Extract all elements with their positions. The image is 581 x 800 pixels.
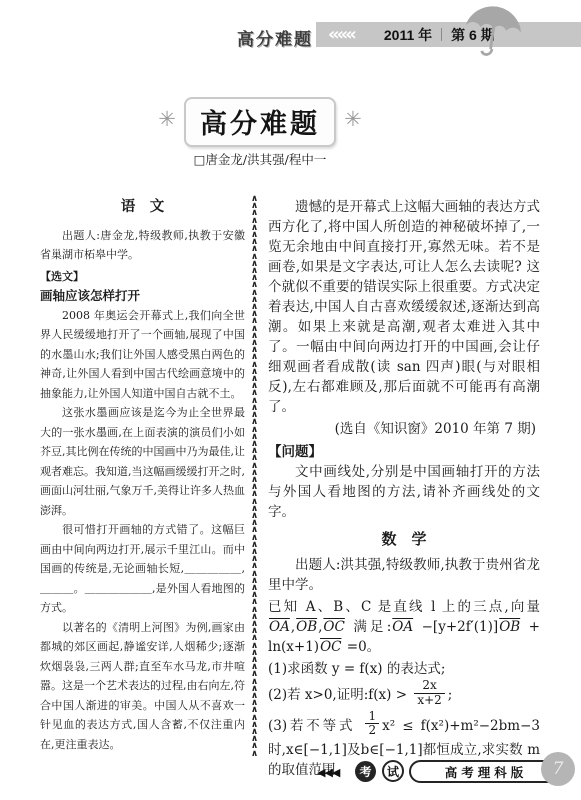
vector-oa: OA bbox=[268, 619, 291, 635]
essay-paragraph-2: 这张水墨画应该是迄今为止全世界最大的一张水墨画,在上面表演的演员们小如芥豆,其比… bbox=[40, 403, 245, 520]
fraction: 2xx+2 bbox=[414, 679, 444, 708]
page-footer: ◀◀◀ 考 试 高考理科版 7 bbox=[0, 757, 581, 799]
vector-oa: OA bbox=[391, 619, 414, 635]
math-ln-term: ln(x+1) bbox=[268, 639, 319, 655]
question-text: 文中画线处,分别是中国画轴打开的方法与外国人看地图的方法,请补齐画线处的文字。 bbox=[268, 462, 540, 522]
section-heading-chinese: 语 文 bbox=[40, 197, 245, 217]
footer-circle-kao: 考 bbox=[355, 761, 376, 782]
header-year: 2011 年 bbox=[384, 25, 432, 45]
column-divider: ∧ ∧ ∧ ∧ ∧ ∧ ∧ ∧ ∧ ∧ ∧ ∧ ∧ ∧ ∧ ∧ ∧ ∧ ∧ ∧ … bbox=[246, 196, 263, 758]
footer-arrows-icon: ◀◀◀ bbox=[317, 766, 339, 779]
math-q2-text: (2)若 x>0,证明:f(x) > bbox=[268, 687, 411, 703]
math-plus: + bbox=[521, 619, 540, 635]
math-q2-end: ; bbox=[448, 687, 453, 703]
vector-oc: OC bbox=[319, 639, 342, 655]
source-citation: (选自《知识窗》2010 年第 7 期) bbox=[268, 419, 540, 439]
essay-paragraph-1: 2008 年奥运会开幕式上,我们向全世界人民缓缓地打开了一个画轴,展现了中国的水… bbox=[40, 306, 245, 404]
edition-label: 高考理科版 bbox=[409, 760, 563, 783]
math-equals-zero: =0。 bbox=[342, 639, 380, 655]
math-expression: −[y+2f′(1)] bbox=[414, 619, 498, 635]
examiner-intro-chinese: 出题人:唐金龙,特级教师,执教于安徽省巢湖市柘皋中学。 bbox=[40, 226, 245, 265]
math-question-1: (1)求函数 y = f(x) 的表达式; bbox=[268, 659, 540, 679]
fraction-numerator: 1 bbox=[365, 710, 379, 725]
title-badge: 高分难题 bbox=[184, 97, 336, 147]
page-number: 7 bbox=[541, 752, 575, 786]
examiner-intro-math: 出题人:洪其强,特级教师,执教于贵州省龙里中学。 bbox=[268, 555, 540, 595]
left-column: 语 文 出题人:唐金龙,特级教师,执教于安徽省巢湖市柘皋中学。 【选文】 画轴应… bbox=[40, 197, 245, 754]
math-q3-text: (3)若不等式 bbox=[268, 717, 362, 733]
header-logo: 高分难题 bbox=[237, 25, 313, 50]
essay-paragraph-5: 遗憾的是开幕式上这幅大画轴的表达方式西方化了,将中国人所创造的神秘破坏掉了,一览… bbox=[268, 197, 540, 417]
question-tag: 【问题】 bbox=[268, 442, 540, 462]
chevrons-left-icon: ««« bbox=[328, 24, 354, 45]
footer-circle-shi: 试 bbox=[382, 760, 404, 782]
fraction-denominator: x+2 bbox=[414, 694, 444, 708]
burst-right-icon: ✳ bbox=[344, 107, 362, 131]
essay-title: 画轴应该怎样打开 bbox=[40, 286, 245, 306]
math-satisfy-text: 满足: bbox=[346, 619, 391, 635]
authors-line: □唐金龙/洪其强/程中一 bbox=[0, 150, 520, 168]
essay-paragraph-4: 以著名的《清明上河图》为例,画家由都城的郊区画起,静谧安详,人烟稀少;逐渐炊烟袅… bbox=[40, 618, 245, 755]
burst-left-icon: ✳ bbox=[158, 107, 176, 131]
math-problem-statement: 已知 A、B、C 是直线 l 上的三点,向量OA,OB,OC 满足:OA −[y… bbox=[268, 597, 540, 657]
umbrella-icon bbox=[456, 0, 530, 68]
vector-oc: OC bbox=[322, 619, 345, 635]
math-intro-text: 已知 A、B、C 是直线 l 上的三点,向量 bbox=[268, 599, 540, 615]
fraction-numerator: 2x bbox=[414, 679, 444, 694]
header-bar: ««« 2011 年 第 6 期 bbox=[316, 22, 581, 47]
vector-ob: OB bbox=[498, 619, 521, 635]
header-separator bbox=[441, 28, 442, 41]
essay-paragraph-3: 很可惜打开画轴的方式错了。这幅巨画由中间向两边打开,展示千里江山。而中国画的传统… bbox=[40, 520, 245, 618]
right-column: 遗憾的是开幕式上这幅大画轴的表达方式西方化了,将中国人所创造的神秘破坏掉了,一览… bbox=[268, 197, 540, 782]
section-heading-math: 数 学 bbox=[268, 529, 540, 549]
title-block: ✳ 高分难题 ✳ bbox=[0, 97, 520, 147]
vector-ob: OB bbox=[295, 619, 318, 635]
fraction: 12 bbox=[365, 710, 379, 739]
magazine-page: 高分难题 ««« 2011 年 第 6 期 ✳ 高分难题 ✳ □唐金龙/洪其强/… bbox=[0, 0, 581, 800]
fraction-denominator: 2 bbox=[365, 724, 379, 738]
math-question-2: (2)若 x>0,证明:f(x) > 2xx+2; bbox=[268, 681, 540, 710]
selection-tag: 【选文】 bbox=[40, 267, 245, 287]
